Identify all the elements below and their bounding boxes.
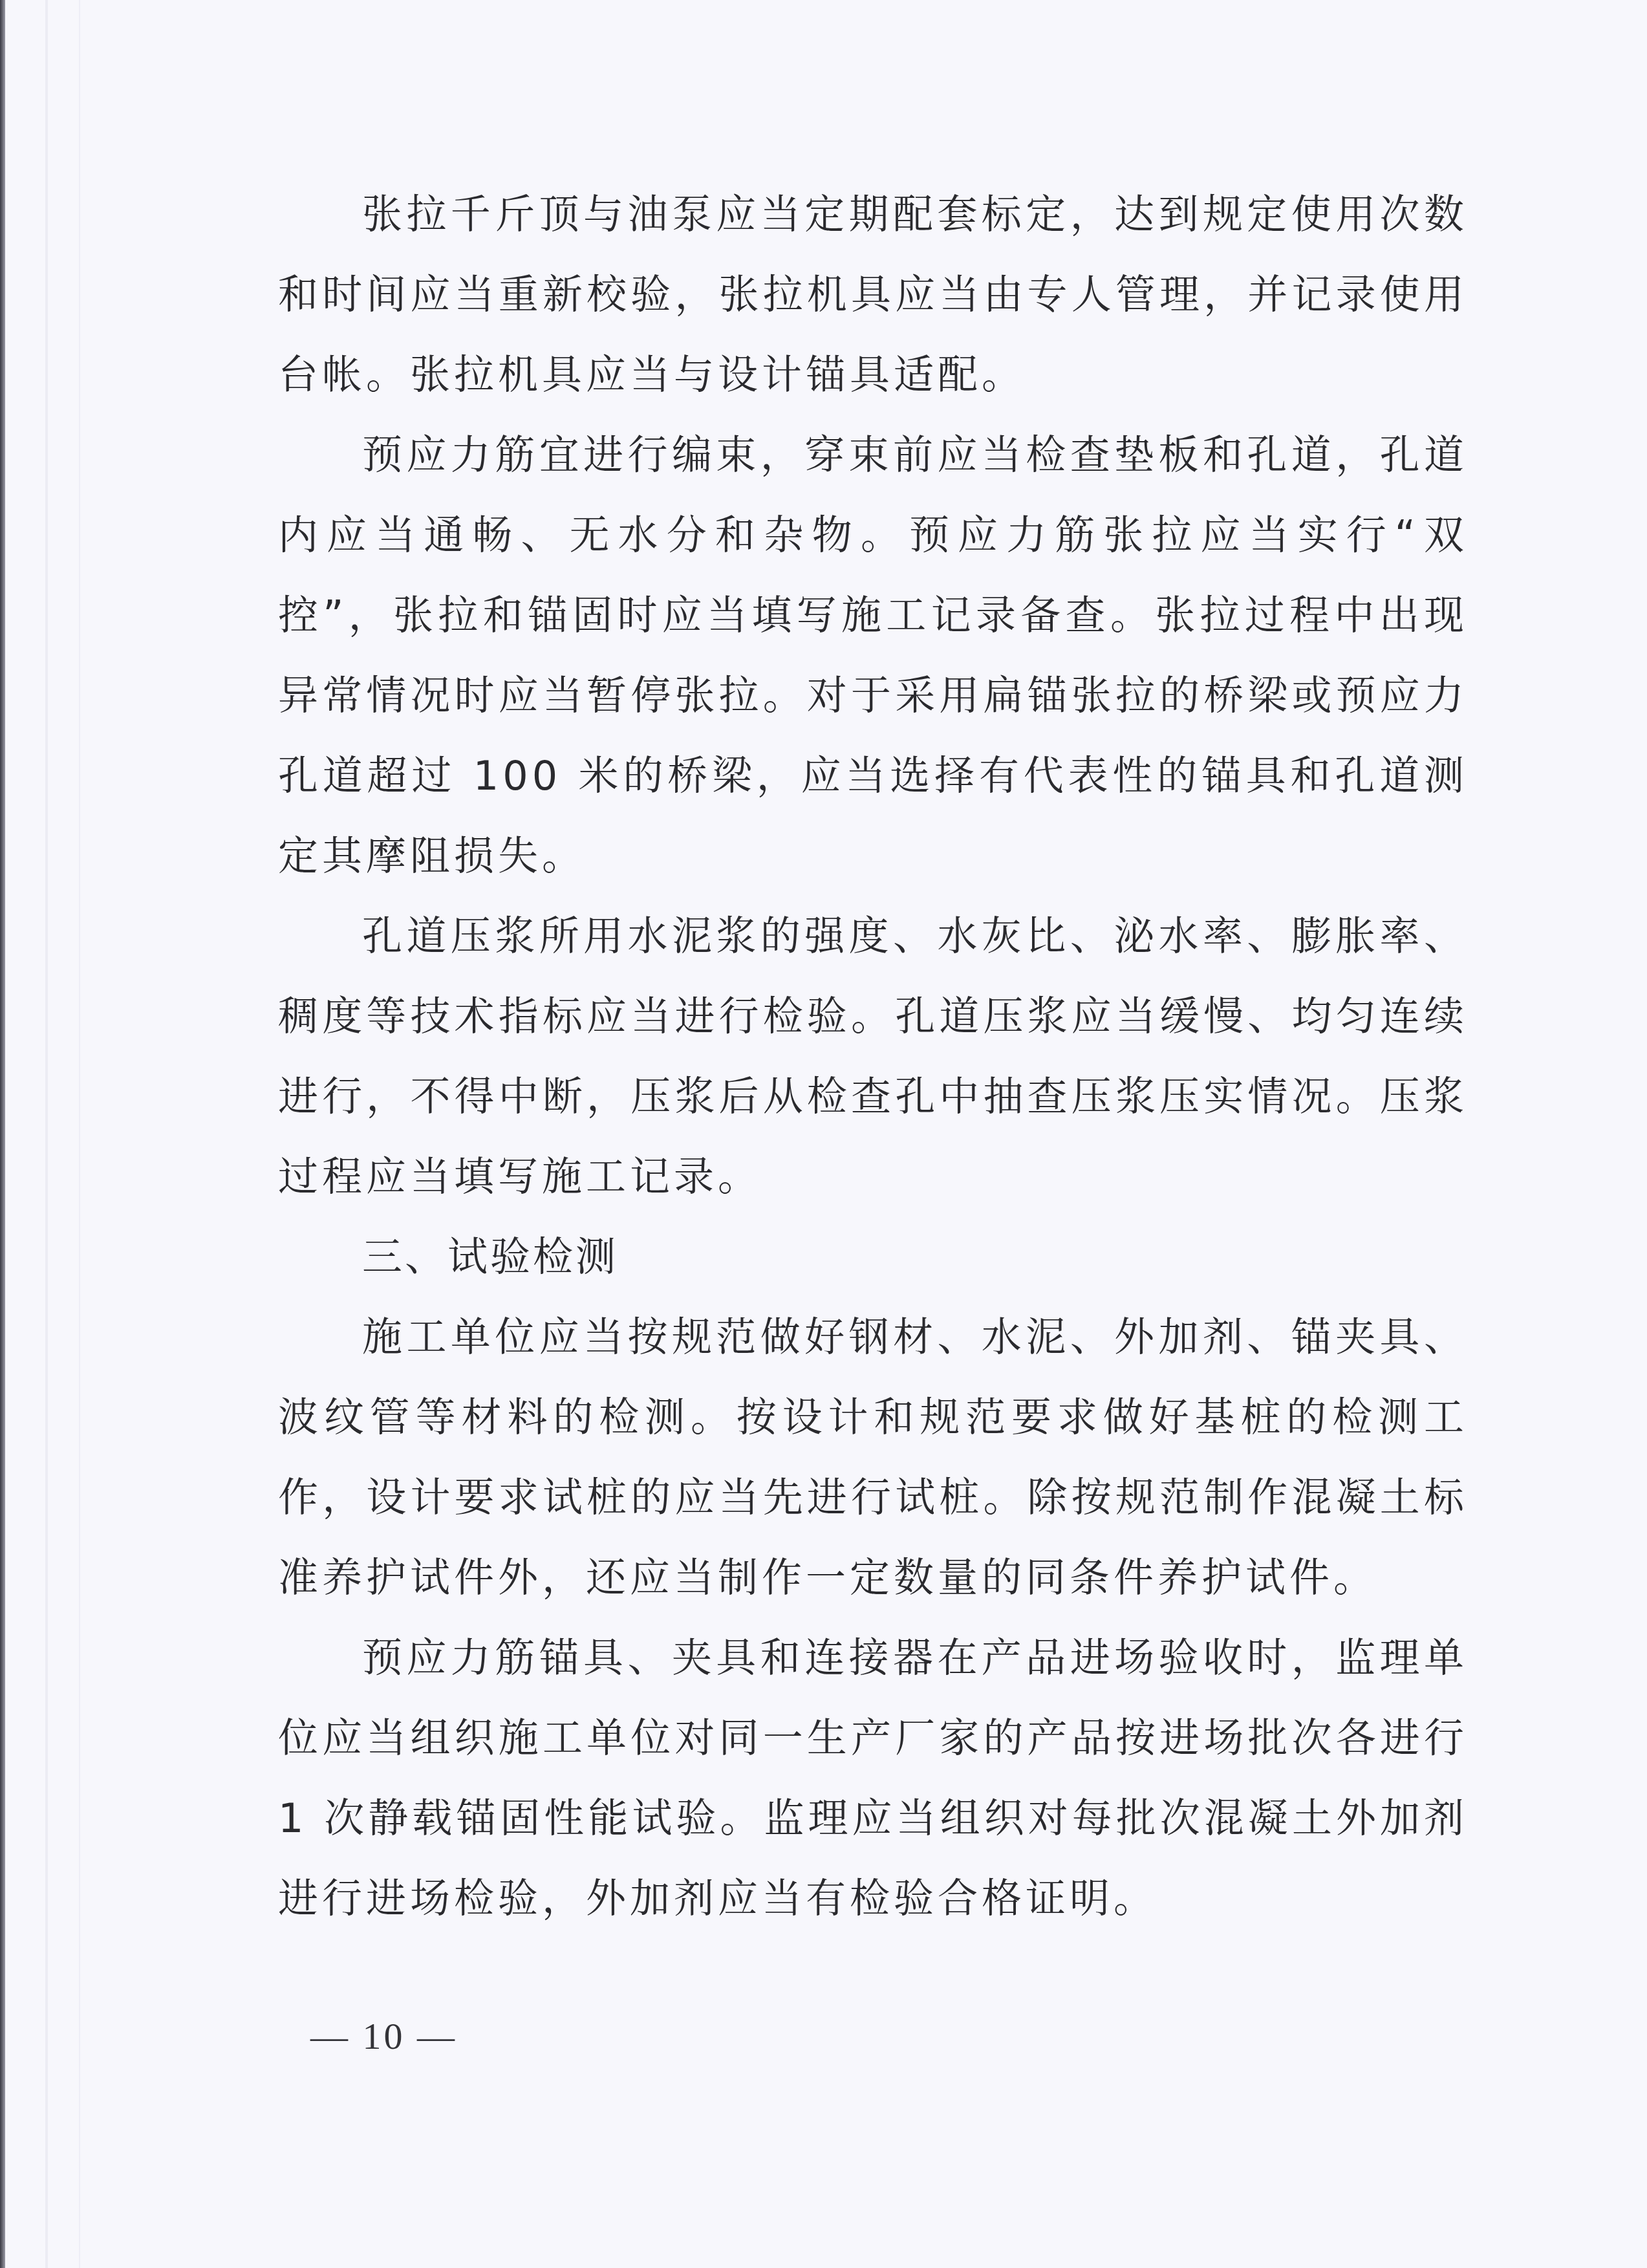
document-body: 张拉千斤顶与油泵应当定期配套标定，达到规定使用次数和时间应当重新校验，张拉机具应… (278, 175, 1468, 1939)
paragraph-anchorage-testing: 预应力筋锚具、夹具和连接器在产品进场验收时，监理单位应当组织施工单位对同一生产厂… (278, 1618, 1468, 1939)
paragraph-prestress-tendons: 预应力筋宜进行编束，穿束前应当检查垫板和孔道，孔道内应当通畅、无水分和杂物。预应… (278, 415, 1468, 896)
section-heading-testing: 三、试验检测 (278, 1217, 1468, 1297)
scan-fold-line (79, 0, 80, 2268)
scan-binding-edge (0, 0, 5, 2268)
paragraph-jack-calibration: 张拉千斤顶与油泵应当定期配套标定，达到规定使用次数和时间应当重新校验，张拉机具应… (278, 175, 1468, 415)
paragraph-material-testing: 施工单位应当按规范做好钢材、水泥、外加剂、锚夹具、波纹管等材料的检测。按设计和规… (278, 1297, 1468, 1618)
page-number: — 10 — (310, 2014, 457, 2058)
scan-fold-line (45, 0, 48, 2268)
paragraph-duct-grouting: 孔道压浆所用水泥浆的强度、水灰比、泌水率、膨胀率、稠度等技术指标应当进行检验。孔… (278, 896, 1468, 1217)
